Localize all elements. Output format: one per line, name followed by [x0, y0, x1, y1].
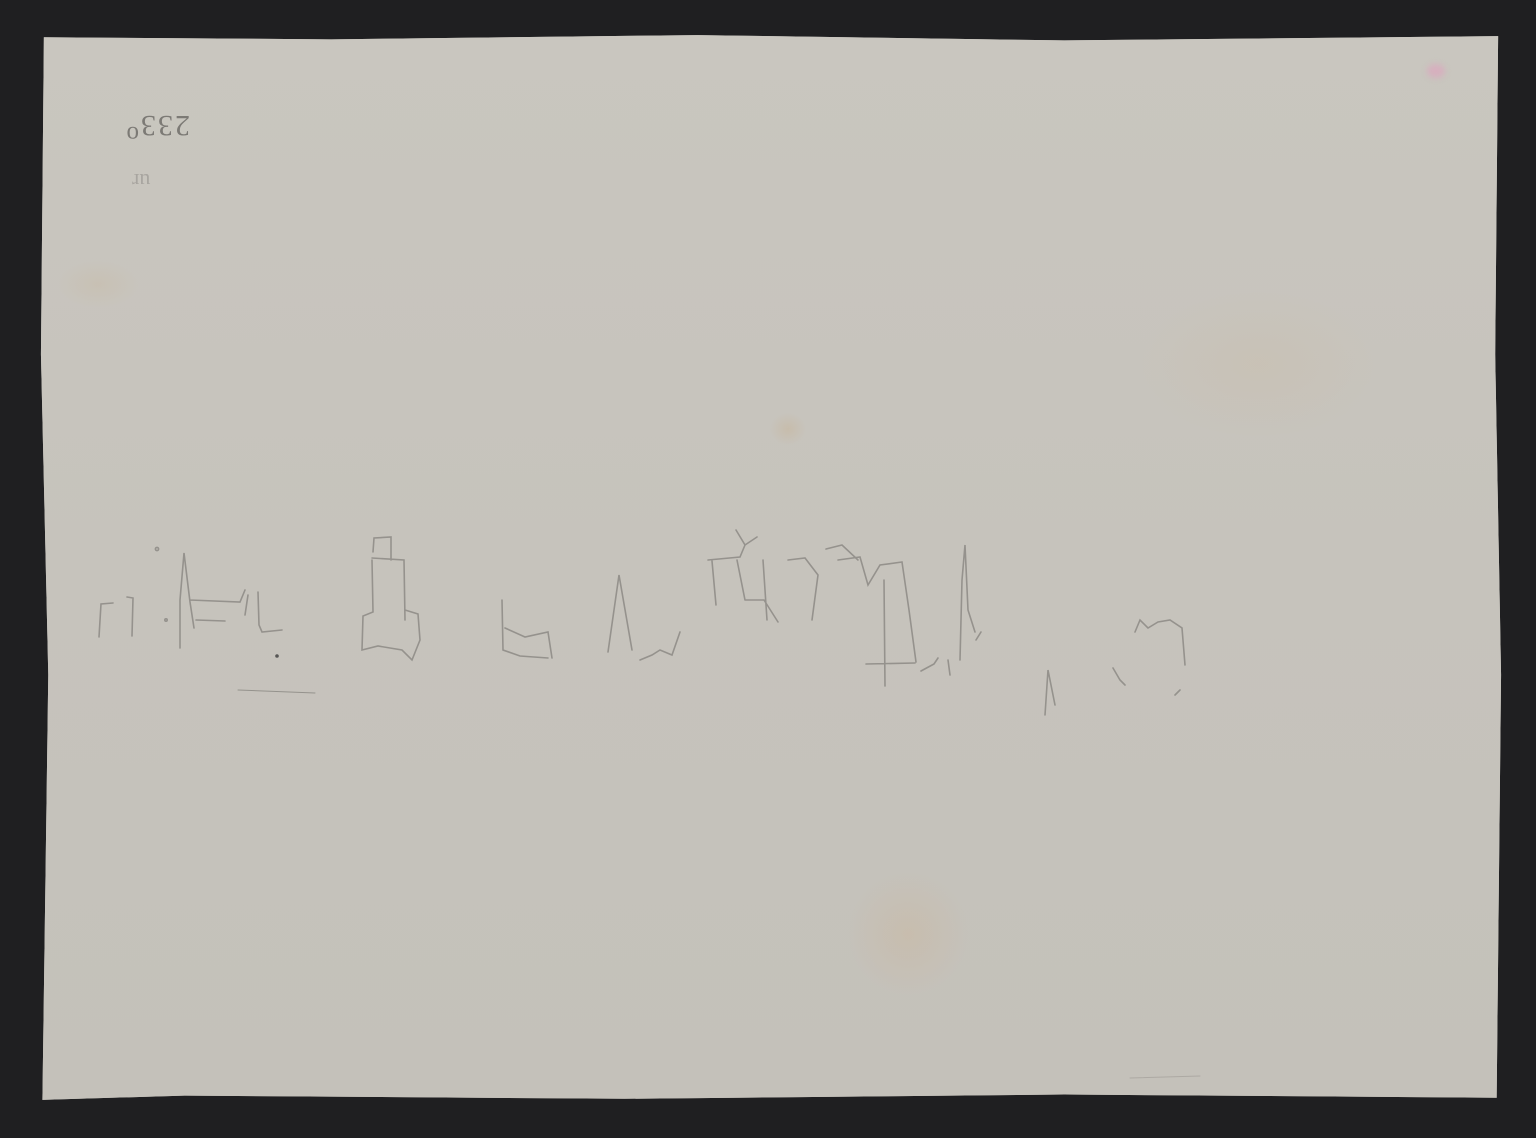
sketch-low-building	[502, 600, 552, 658]
sketch-tower	[362, 537, 420, 660]
sketch-spire	[608, 575, 680, 660]
sketch-cross-tower	[708, 530, 778, 622]
skyline-sketch	[0, 0, 1536, 1138]
sketch-building-wide	[838, 557, 950, 686]
sketch-thin-spire	[960, 545, 981, 660]
sketch-dot	[155, 547, 158, 550]
sketch-church	[180, 553, 282, 648]
sketch-far-right	[1045, 620, 1185, 715]
sketch-building-1	[99, 597, 133, 637]
sketch-ruin	[788, 545, 858, 620]
